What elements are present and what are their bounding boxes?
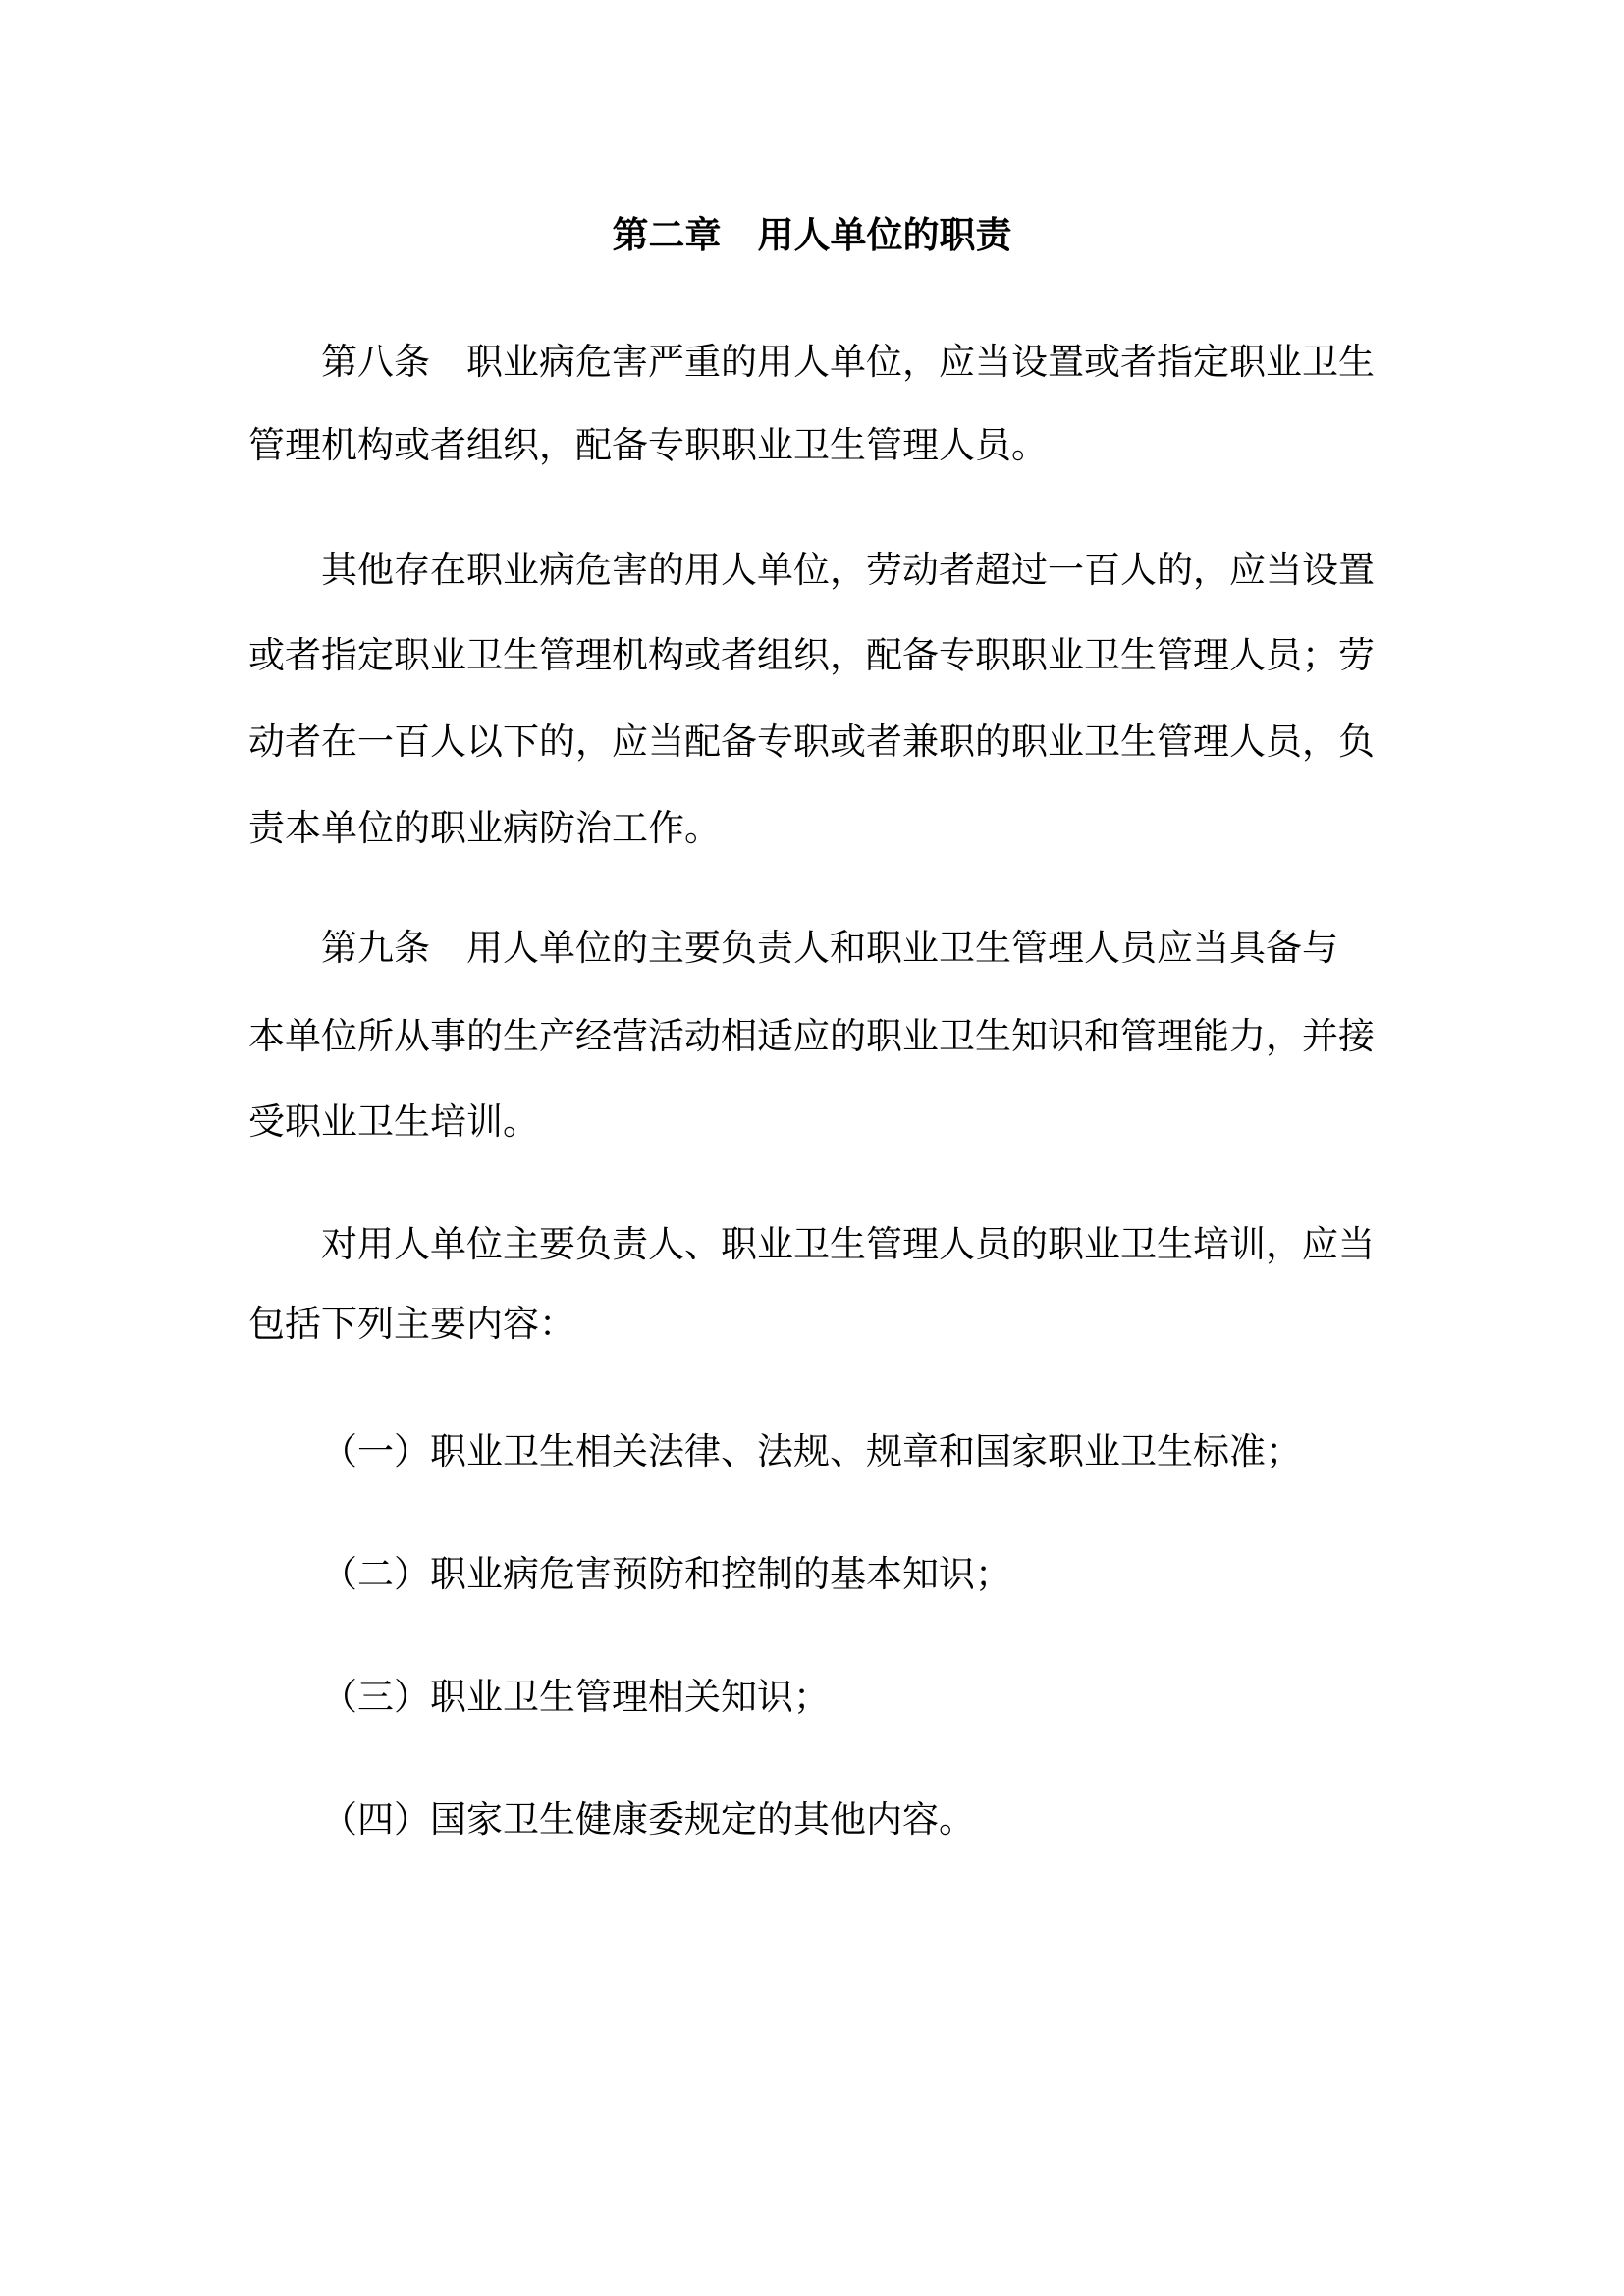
document-page: 第二章 用人单位的职责 第八条 职业病危害严重的用人单位，应当设置或者指定职业卫…	[0, 0, 1624, 2296]
paragraph-line: 责本单位的职业病防治工作。	[248, 809, 1387, 848]
paragraph-line: 第九条 用人单位的主要负责人和职业卫生管理人员应当具备与	[321, 929, 1460, 968]
paragraph-line: 其他存在职业病危害的用人单位，劳动者超过一百人的，应当设置	[321, 551, 1460, 590]
list-item: （四）国家卫生健康委规定的其他内容。	[321, 1800, 1460, 1840]
chapter-title: 第二章 用人单位的职责	[0, 215, 1624, 254]
paragraph-line: 受职业卫生培训。	[248, 1102, 1387, 1142]
paragraph-line: 包括下列主要内容：	[248, 1305, 1387, 1344]
list-item: （二）职业病危害预防和控制的基本知识；	[321, 1555, 1460, 1594]
paragraph-line: 对用人单位主要负责人、职业卫生管理人员的职业卫生培训，应当	[321, 1225, 1460, 1264]
paragraph-line: 本单位所从事的生产经营活动相适应的职业卫生知识和管理能力，并接	[248, 1017, 1387, 1056]
paragraph-line: 管理机构或者组织，配备专职职业卫生管理人员。	[248, 426, 1387, 465]
paragraph-line: 动者在一百人以下的，应当配备专职或者兼职的职业卫生管理人员，负	[248, 722, 1387, 762]
list-item: （一）职业卫生相关法律、法规、规章和国家职业卫生标准；	[321, 1432, 1460, 1471]
list-item: （三）职业卫生管理相关知识；	[321, 1678, 1460, 1717]
paragraph-line: 或者指定职业卫生管理机构或者组织，配备专职职业卫生管理人员；劳	[248, 636, 1387, 675]
paragraph-line: 第八条 职业病危害严重的用人单位，应当设置或者指定职业卫生	[321, 343, 1460, 382]
